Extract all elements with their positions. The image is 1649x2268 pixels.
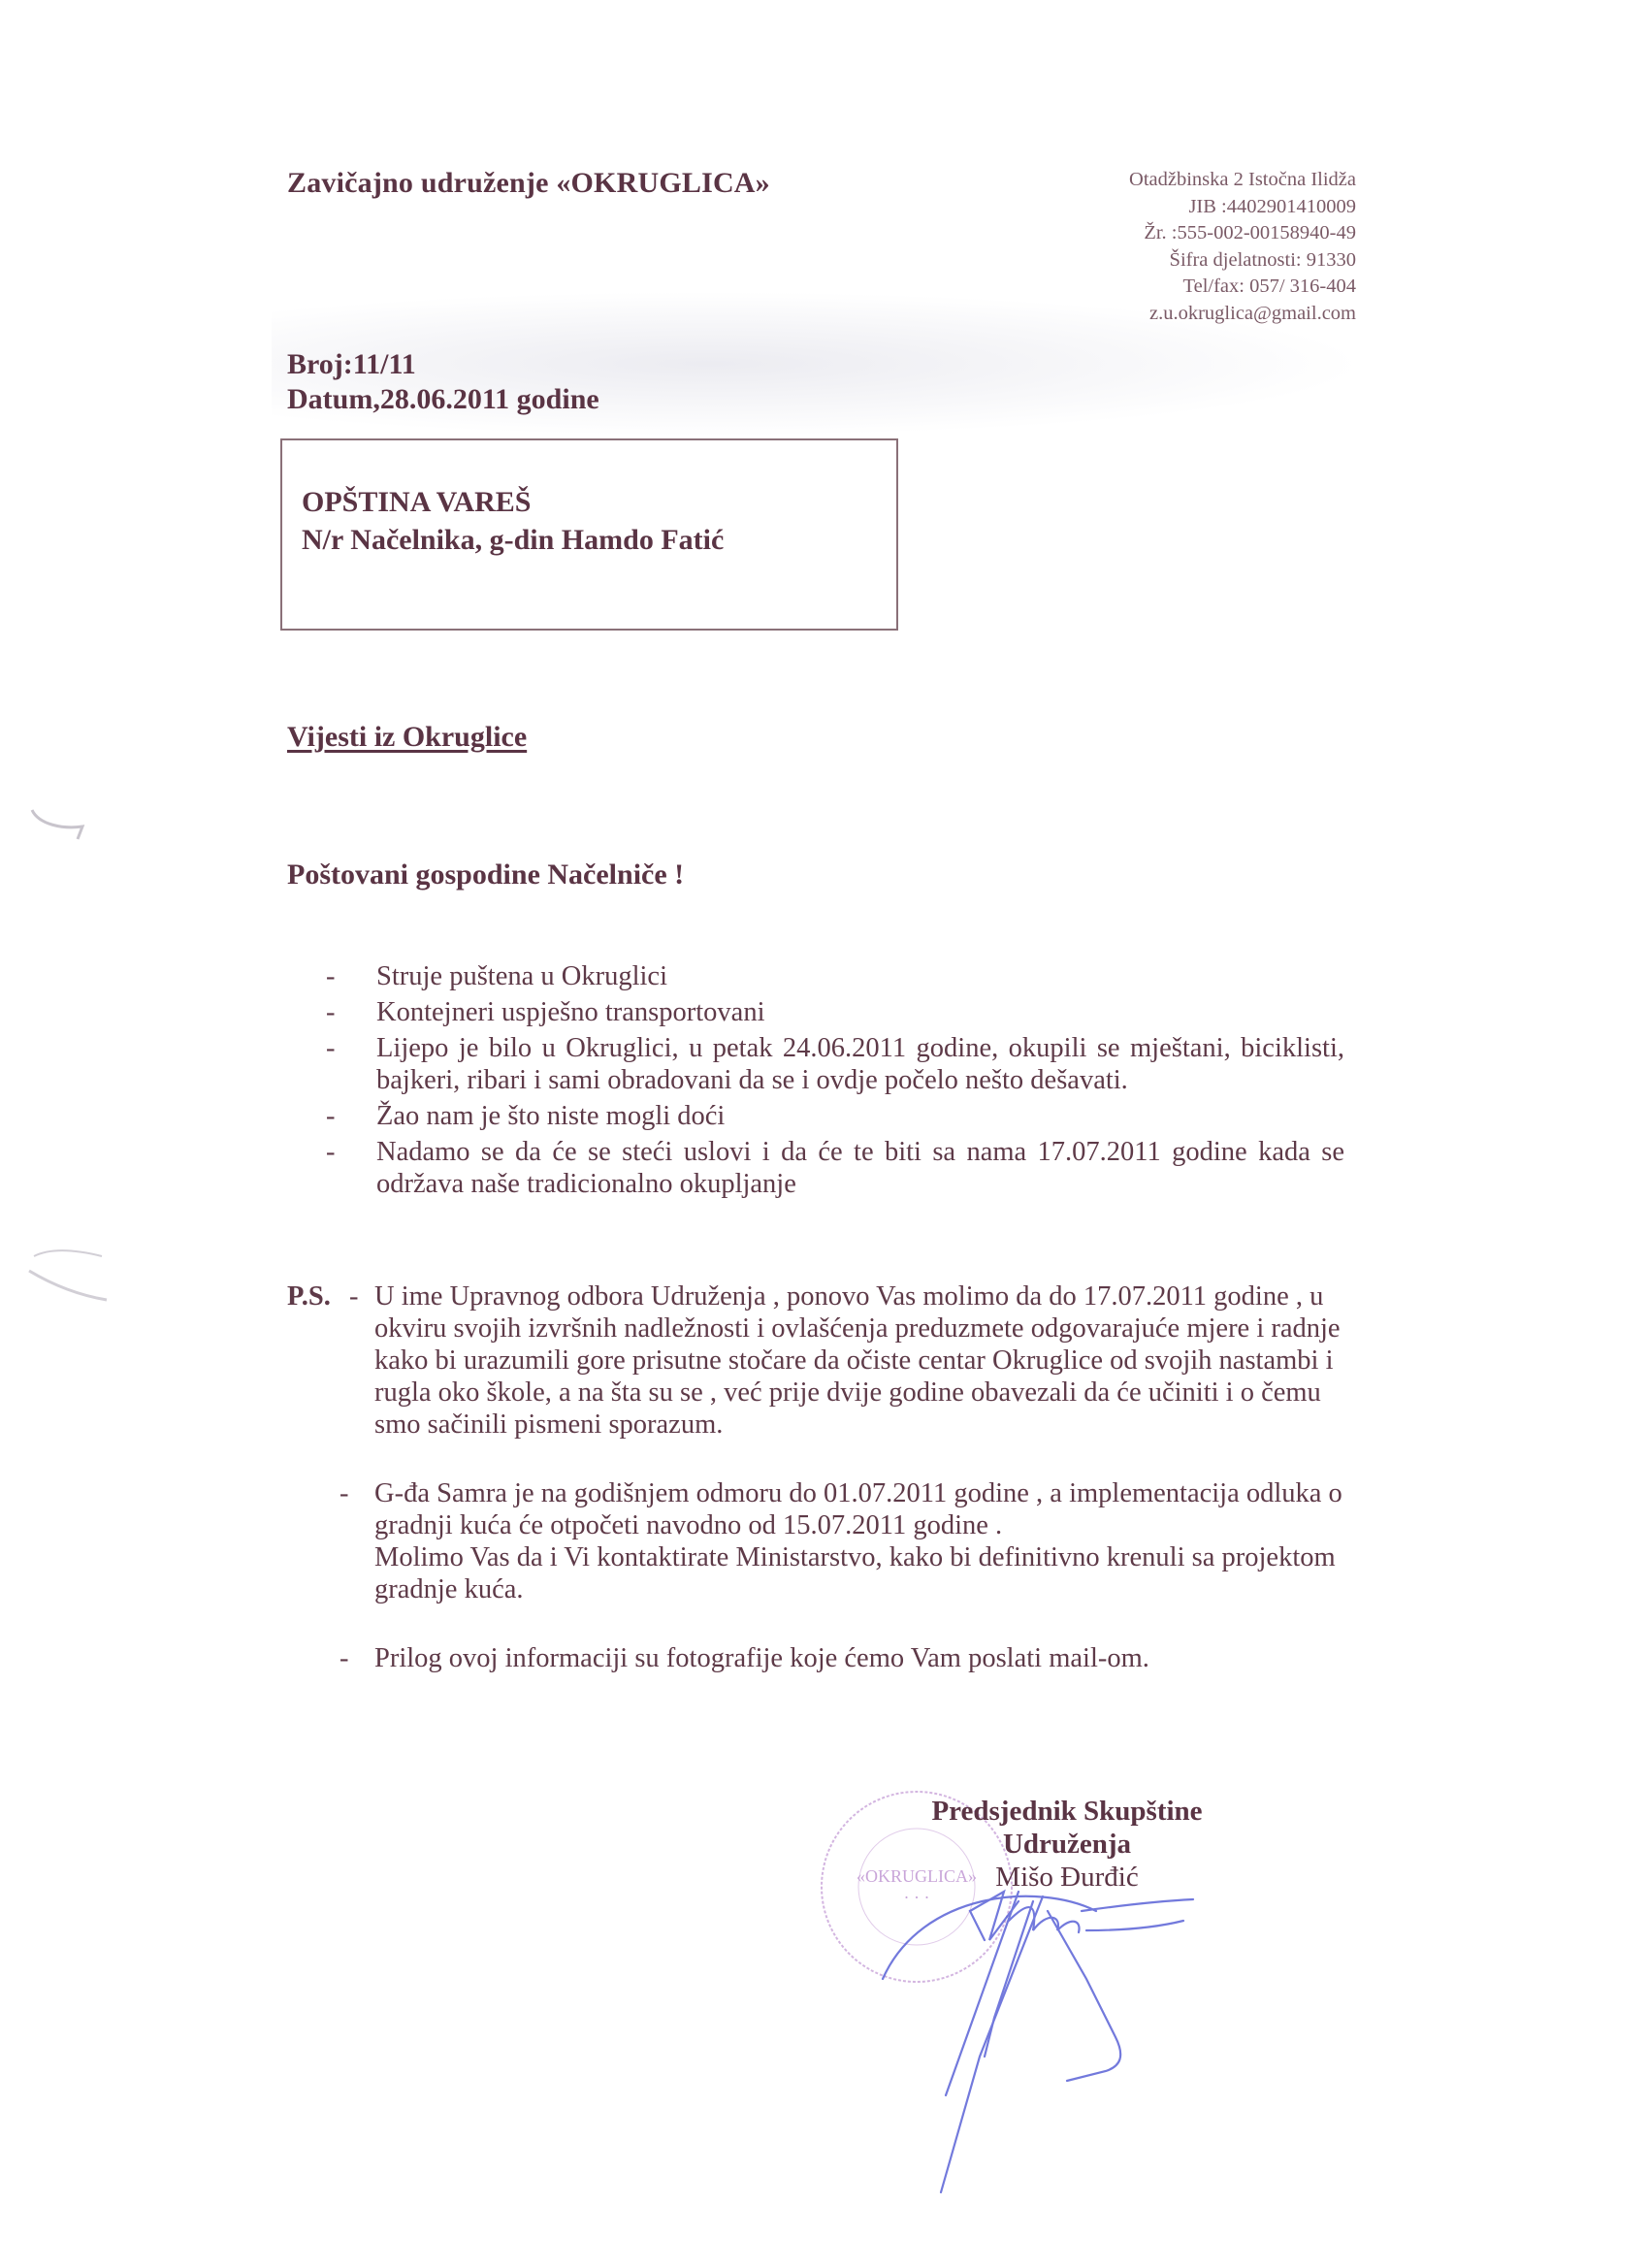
postscript-item: - G-đa Samra je na godišnjem odmoru do 0…: [287, 1477, 1354, 1605]
postscript-item: P.S. - U ime Upravnog odbora Udruženja ,…: [287, 1280, 1354, 1441]
postscript-text: Prilog ovoj informaciji su fotografije k…: [374, 1642, 1354, 1674]
bank-account-line: Žr. :555-002-00158940-49: [1129, 220, 1356, 247]
list-item: -Žao nam je što niste mogli doći: [326, 1100, 1344, 1132]
postscript-label: P.S.: [287, 1280, 331, 1312]
dash-bullet: -: [349, 1280, 359, 1312]
list-item: -Nadamo se da će se steći uslovi i da će…: [326, 1136, 1344, 1200]
list-item: -Lijepo je bilo u Okruglici, u petak 24.…: [326, 1032, 1344, 1096]
list-item: -Kontejneri uspješno transportovani: [326, 996, 1344, 1028]
signatory-title: Predsjednik Skupštine: [912, 1795, 1222, 1828]
jib-line: JIB :4402901410009: [1129, 194, 1356, 221]
signatory-organization: Udruženja: [912, 1828, 1222, 1861]
list-item-text: Kontejneri uspješno transportovani: [376, 997, 765, 1027]
dash-bullet: -: [326, 1136, 336, 1168]
postscript-text: G-đa Samra je na godišnjem odmoru do 01.…: [374, 1477, 1354, 1541]
reference-number: Broj:11/11: [287, 347, 599, 382]
reference-block: Broj:11/11 Datum,28.06.2011 godine: [287, 347, 599, 417]
postscript-item: - Prilog ovoj informaciji su fotografije…: [287, 1642, 1354, 1674]
dash-bullet: -: [339, 1477, 349, 1509]
dash-bullet: -: [339, 1642, 349, 1674]
list-item-text: Struje puštena u Okruglici: [376, 961, 667, 991]
scan-margin-mark: [24, 1242, 112, 1310]
organization-name: Zavičajno udruženje «OKRUGLICA»: [287, 167, 770, 200]
subject-heading: Vijesti iz Okruglice: [287, 721, 527, 754]
recipient-person: N/r Načelnika, g-din Hamdo Fatić: [302, 524, 724, 557]
address-line: Otadžbinska 2 Istočna Ilidža: [1129, 167, 1356, 194]
dash-bullet: -: [326, 1100, 336, 1132]
handwritten-signature: [824, 1872, 1232, 2260]
postscript-text: U ime Upravnog odbora Udruženja , ponovo…: [374, 1280, 1354, 1441]
phone-fax-line: Tel/fax: 057/ 316-404: [1129, 274, 1356, 301]
list-item-text: Lijepo je bilo u Okruglici, u petak 24.0…: [376, 1033, 1344, 1095]
postscript: P.S. - U ime Upravnog odbora Udruženja ,…: [287, 1280, 1354, 1674]
recipient-box: OPŠTINA VAREŠ N/r Načelnika, g-din Hamdo…: [280, 438, 898, 631]
reference-date: Datum,28.06.2011 godine: [287, 382, 599, 417]
dash-bullet: -: [326, 996, 336, 1028]
dash-bullet: -: [326, 960, 336, 992]
list-item: -Struje puštena u Okruglici: [326, 960, 1344, 992]
email-line: z.u.okruglica@gmail.com: [1129, 301, 1356, 328]
list-item-text: Žao nam je što niste mogli doći: [376, 1101, 725, 1131]
news-list: -Struje puštena u Okruglici -Kontejneri …: [326, 960, 1344, 1204]
dash-bullet: -: [326, 1032, 336, 1064]
activity-code-line: Šifra djelatnosti: 91330: [1129, 247, 1356, 275]
salutation: Poštovani gospodine Načelniče !: [287, 859, 684, 891]
list-item-text: Nadamo se da će se steći uslovi i da će …: [376, 1137, 1344, 1199]
organization-contact-info: Otadžbinska 2 Istočna Ilidža JIB :440290…: [1129, 167, 1356, 327]
recipient-institution: OPŠTINA VAREŠ: [302, 486, 531, 519]
scan-margin-mark: [24, 805, 102, 844]
postscript-text-continued: Molimo Vas da i Vi kontaktirate Ministar…: [374, 1541, 1354, 1605]
